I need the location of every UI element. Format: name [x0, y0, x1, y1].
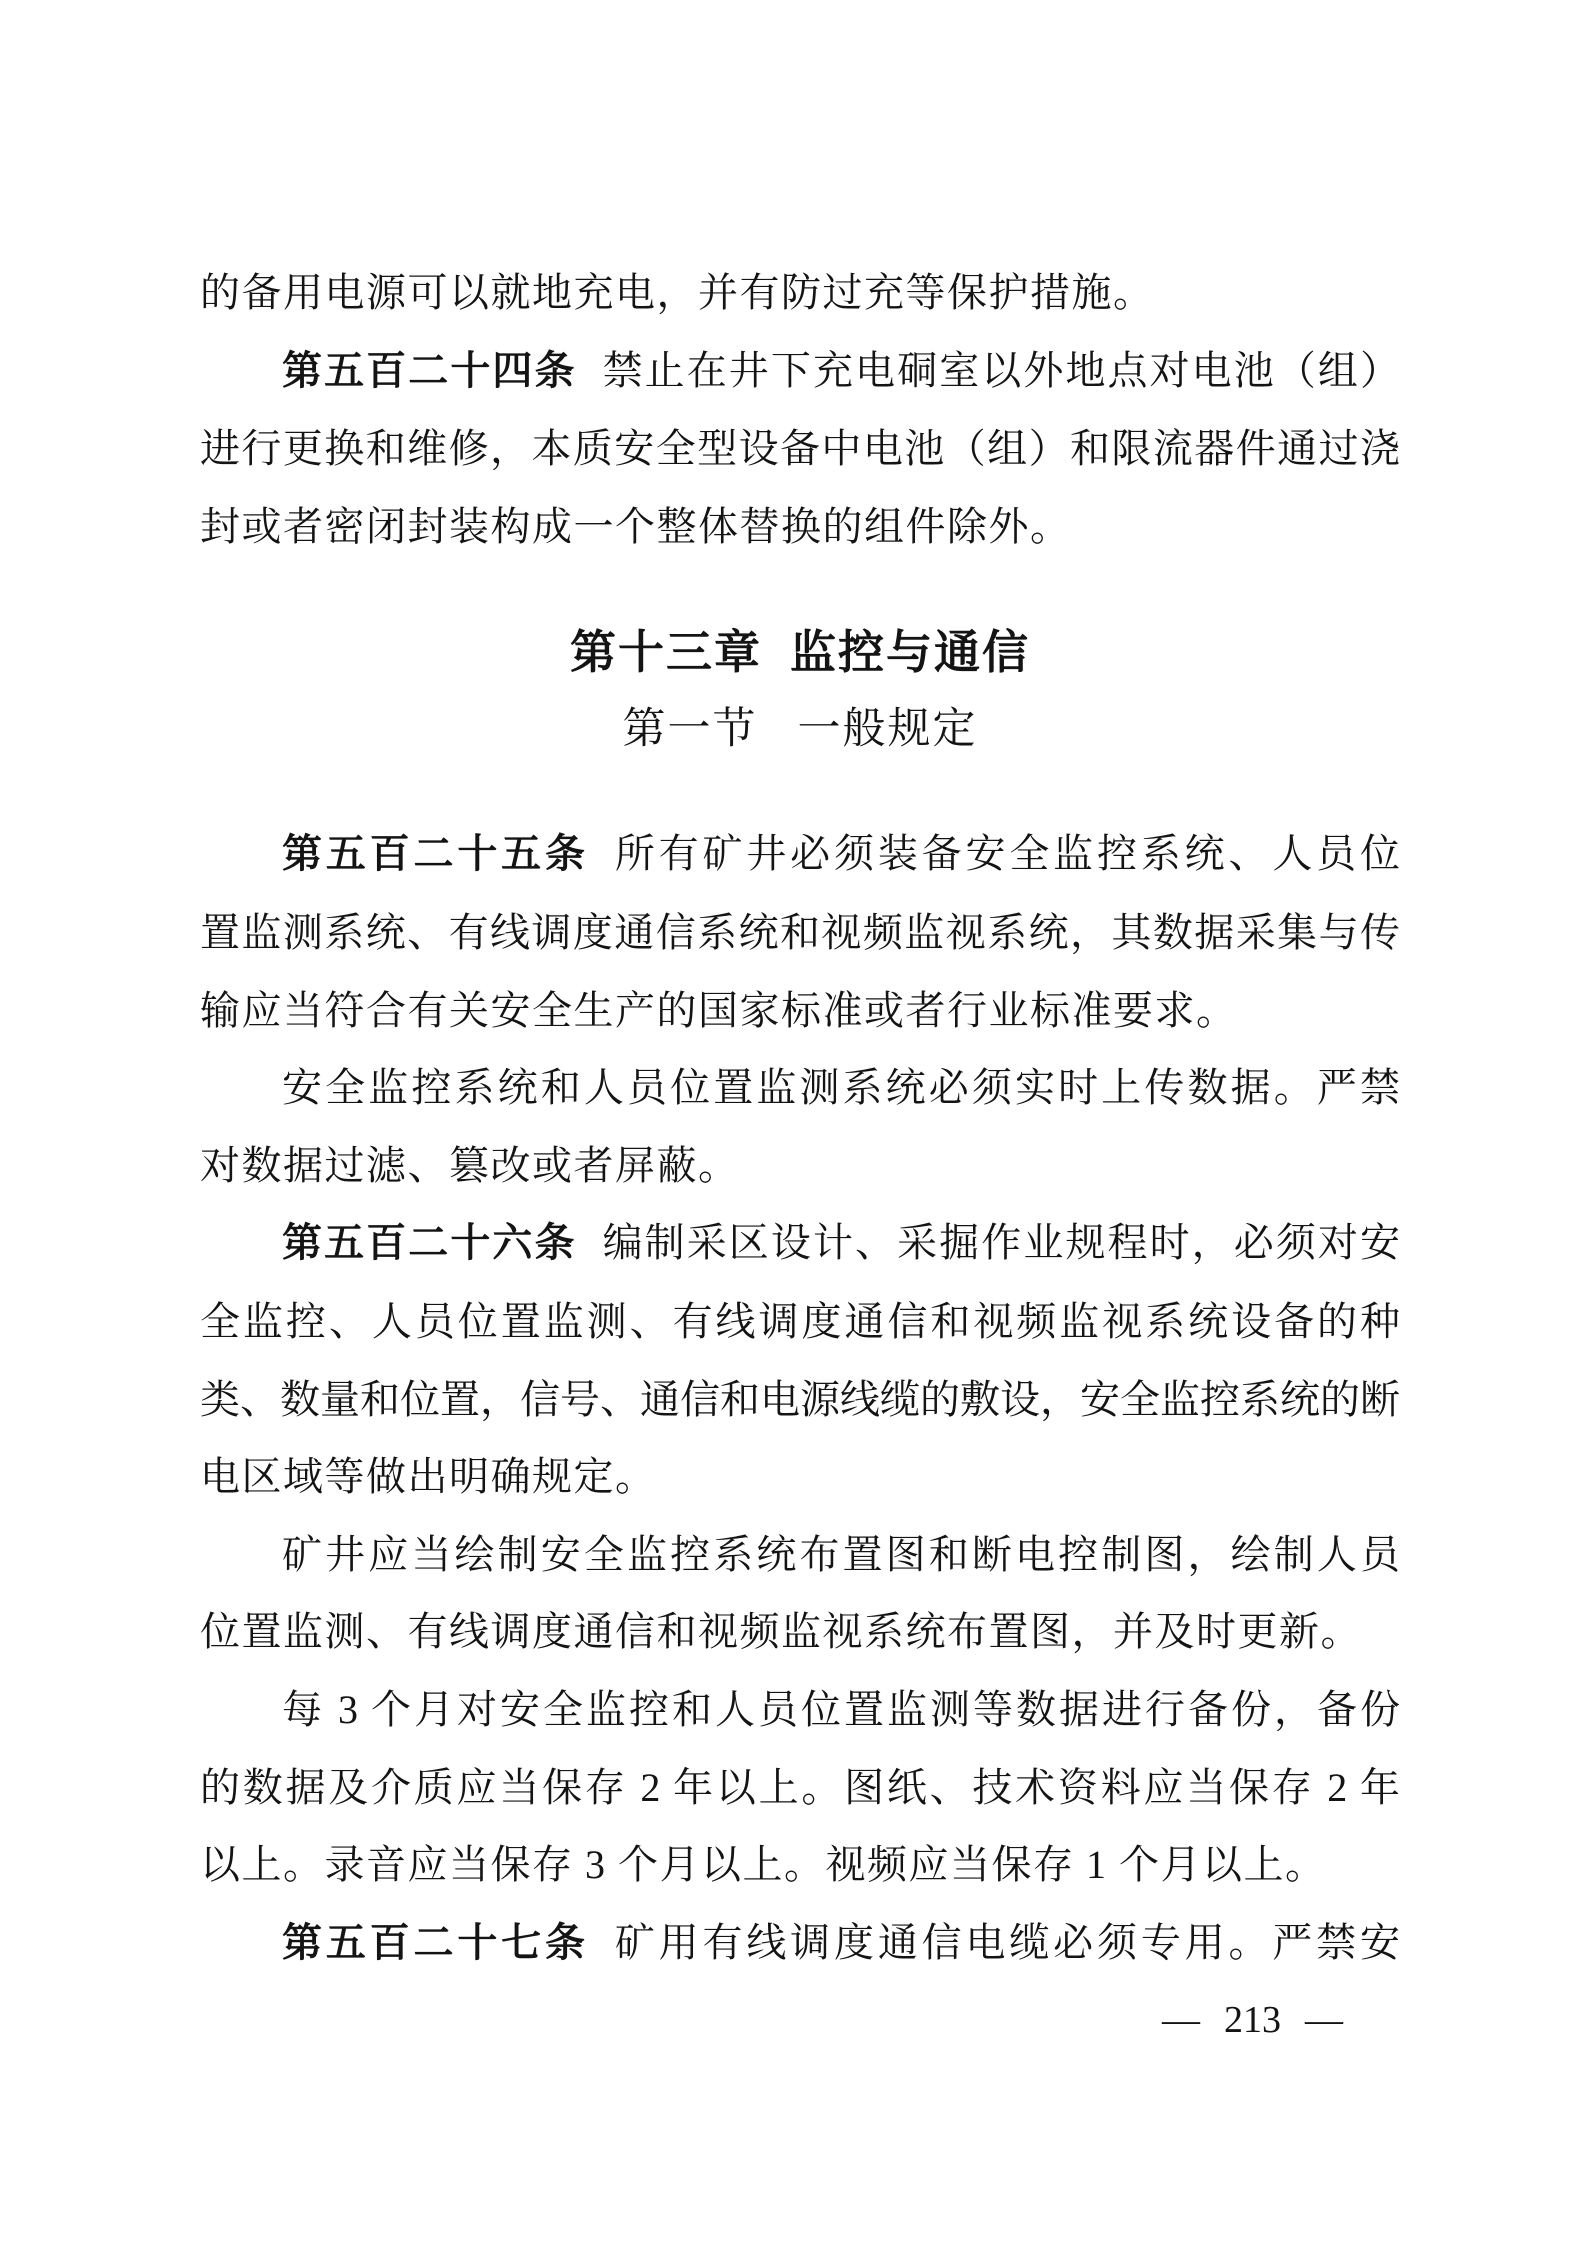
section-heading: 第一节一般规定 — [200, 691, 1400, 769]
article-text: 编制采区设计、采掘作业规程时，必须对安 — [603, 1220, 1400, 1265]
article-number: 第五百二十五条 — [282, 832, 589, 876]
body-line: 类、数量和位置，信号、通信和电源线缆的敷设，安全监控系统的断 — [200, 1361, 1400, 1439]
chapter-heading: 第十三章监控与通信 — [200, 613, 1400, 691]
page-footer: —213— — [1162, 1996, 1343, 2044]
footer-dash-right: — — [1305, 1999, 1343, 2041]
chapter-title: 监控与通信 — [790, 626, 1030, 678]
body-line: 全监控、人员位置监测、有线调度通信和视频监视系统设备的种 — [200, 1283, 1400, 1361]
footer-dash-left: — — [1162, 1999, 1200, 2041]
body-line: 输应当符合有关安全生产的国家标准或者行业标准要求。 — [200, 972, 1400, 1050]
body-line: 矿井应当绘制安全监控系统布置图和断电控制图，绘制人员 — [200, 1516, 1400, 1594]
body-line: 电区域等做出明确规定。 — [200, 1438, 1400, 1516]
section-title: 一般规定 — [798, 706, 978, 753]
body-line: 的备用电源可以就地充电，并有防过充等保护措施。 — [200, 254, 1400, 332]
article-text: 禁止在井下充电硐室以外地点对电池（组） — [603, 348, 1400, 393]
document-page: 的备用电源可以就地充电，并有防过充等保护措施。 第五百二十四条禁止在井下充电硐室… — [0, 0, 1587, 2245]
body-line: 每 3 个月对安全监控和人员位置监测等数据进行备份，备份 — [200, 1671, 1400, 1749]
body-line: 位置监测、有线调度通信和视频监视系统布置图，并及时更新。 — [200, 1593, 1400, 1671]
page-body: 的备用电源可以就地充电，并有防过充等保护措施。 第五百二十四条禁止在井下充电硐室… — [200, 254, 1400, 1982]
article-line: 第五百二十五条所有矿井必须装备安全监控系统、人员位 — [200, 815, 1400, 894]
article-number: 第五百二十六条 — [282, 1221, 577, 1265]
body-line: 进行更换和维修，本质安全型设备中电池（组）和限流器件通过浇 — [200, 410, 1400, 488]
article-number: 第五百二十四条 — [282, 349, 577, 393]
body-line: 封或者密闭封装构成一个整体替换的组件除外。 — [200, 488, 1400, 566]
body-line: 安全监控系统和人员位置监测系统必须实时上传数据。严禁 — [200, 1049, 1400, 1127]
body-line: 的数据及介质应当保存 2 年以上。图纸、技术资料应当保存 2 年 — [200, 1749, 1400, 1827]
article-number: 第五百二十七条 — [282, 1921, 589, 1965]
article-line: 第五百二十六条编制采区设计、采掘作业规程时，必须对安 — [200, 1204, 1400, 1283]
body-line: 置监测系统、有线调度通信系统和视频监视系统，其数据采集与传 — [200, 894, 1400, 972]
section-number: 第一节 — [623, 706, 758, 753]
chapter-number: 第十三章 — [570, 626, 762, 678]
article-text: 矿用有线调度通信电缆必须专用。严禁安 — [615, 1920, 1400, 1965]
body-line: 以上。录音应当保存 3 个月以上。视频应当保存 1 个月以上。 — [200, 1826, 1400, 1904]
article-line: 第五百二十四条禁止在井下充电硐室以外地点对电池（组） — [200, 332, 1400, 411]
body-line: 对数据过滤、篡改或者屏蔽。 — [200, 1127, 1400, 1205]
article-line: 第五百二十七条矿用有线调度通信电缆必须专用。严禁安 — [200, 1904, 1400, 1983]
page-number: 213 — [1224, 1999, 1281, 2041]
article-text: 所有矿井必须装备安全监控系统、人员位 — [615, 831, 1400, 876]
